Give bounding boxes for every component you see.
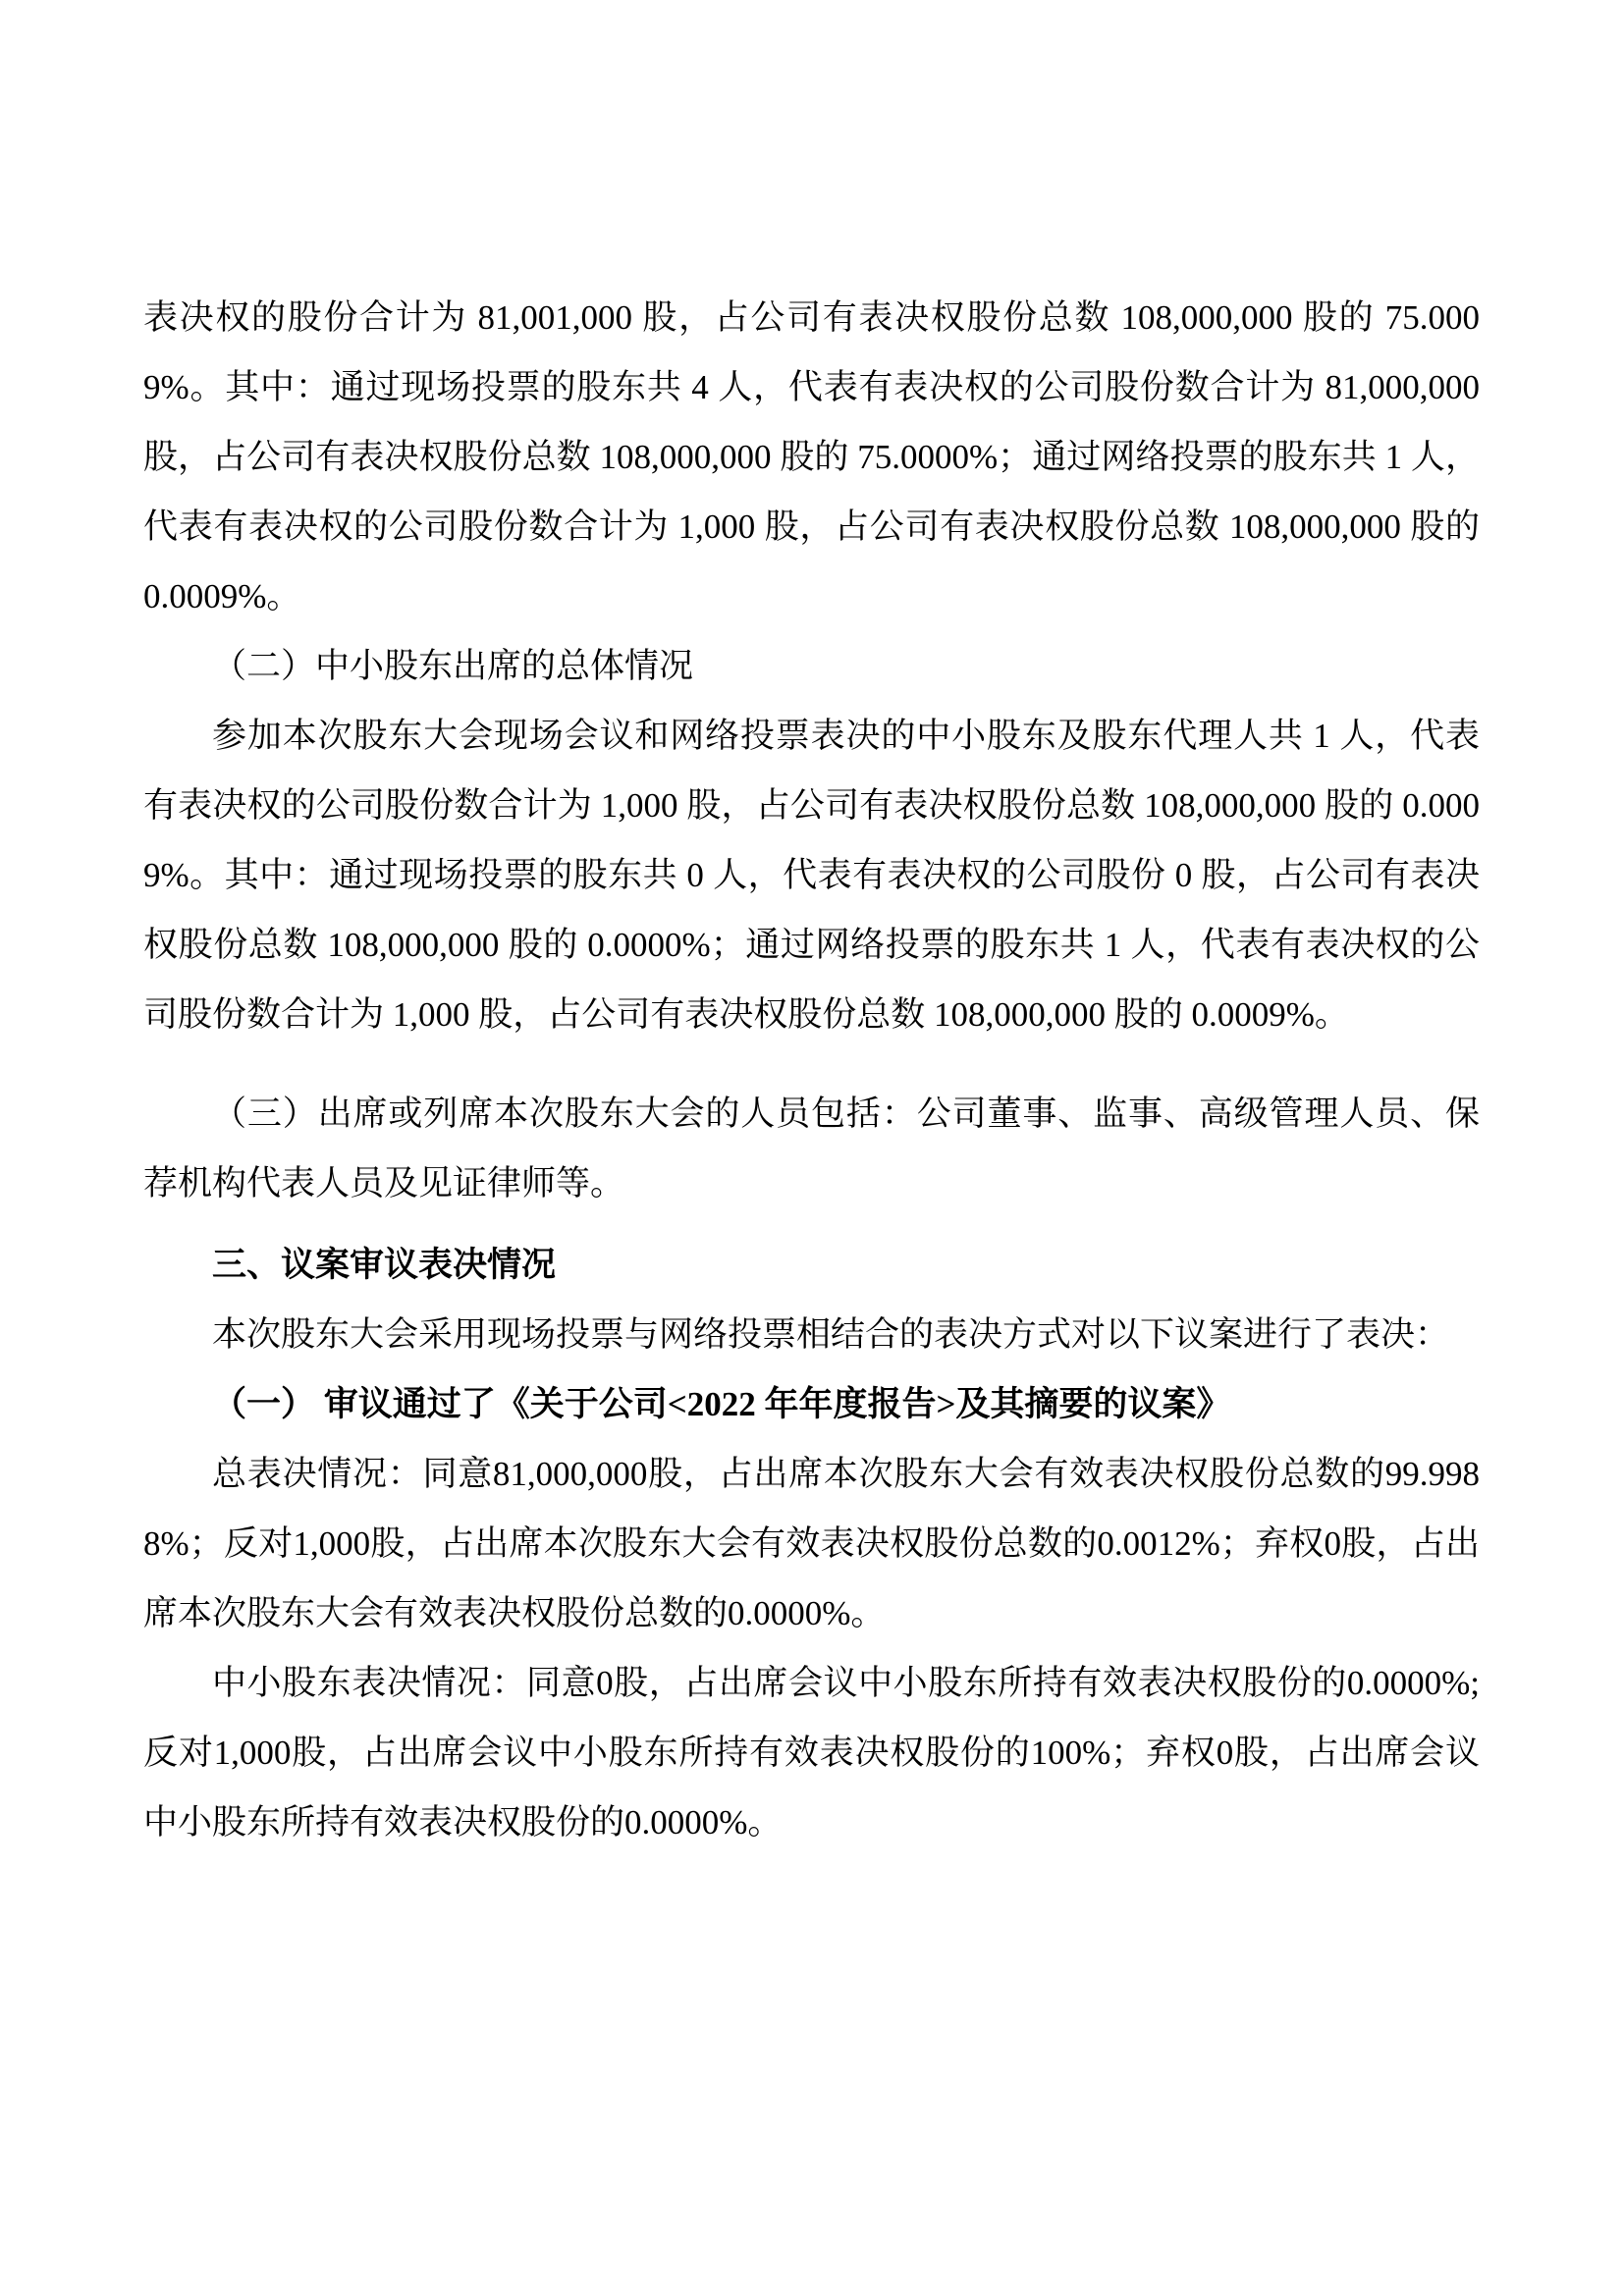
paragraph-proposal-1-total-voting: 总表决情况：同意81,000,000股，占出席本次股东大会有效表决权股份总数的9… <box>143 1439 1480 1648</box>
paragraph-attendance-total-continuation: 表决权的股份合计为 81,001,000 股，占公司有表决权股份总数 108,0… <box>143 283 1480 631</box>
paragraph-voting-method: 本次股东大会采用现场投票与网络投票相结合的表决方式对以下议案进行了表决： <box>143 1300 1480 1369</box>
document-page: 表决权的股份合计为 81,001,000 股，占公司有表决权股份总数 108,0… <box>0 0 1623 2296</box>
proposal-1-heading: （一） 审议通过了《关于公司<2022 年年度报告>及其摘要的议案》 <box>143 1369 1480 1439</box>
paragraph-minority-shareholders-attendance: 参加本次股东大会现场会议和网络投票表决的中小股东及股东代理人共 1 人，代表有表… <box>143 701 1480 1049</box>
paragraph-section-3-attendees: （三）出席或列席本次股东大会的人员包括：公司董事、监事、高级管理人员、保荐机构代… <box>143 1079 1480 1218</box>
section-2-heading: （二）中小股东出席的总体情况 <box>143 631 1480 701</box>
chapter-3-heading: 三、议案审议表决情况 <box>143 1230 1480 1300</box>
paragraph-proposal-1-minority-voting: 中小股东表决情况：同意0股，占出席会议中小股东所持有效表决权股份的0.0000%… <box>143 1648 1480 1857</box>
